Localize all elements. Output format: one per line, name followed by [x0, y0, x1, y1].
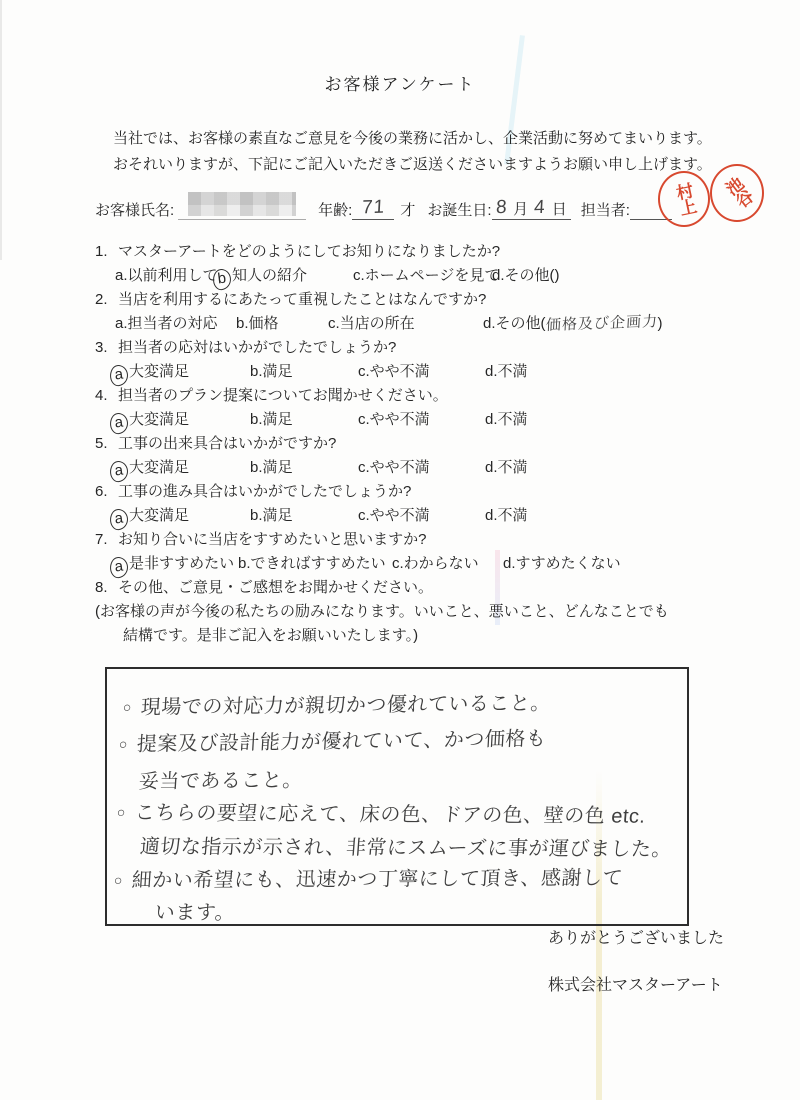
scan-edge-artifact — [0, 0, 2, 260]
comment-line-3: 妥当であること。 — [138, 764, 304, 794]
q8-note-line-1: (お客様の声が今後の私たちの励みになります。いいこと、悪いこと、どんなことでも — [95, 600, 735, 624]
comment-line-1: ○現場での対応力が親切かつ優れていること。 — [122, 687, 552, 721]
question-number: 1. — [95, 240, 118, 264]
comment-bullet: ○ — [118, 736, 128, 752]
question-4: 4.担当者のプラン提案についてお聞かせください。 — [95, 384, 735, 408]
customer-info-row: お客様氏名: 年齢: 71 才 お誕生日: 8 月 4 日 担当者: — [95, 194, 672, 220]
q5-option-c: c.やや不満 — [358, 456, 485, 480]
question-number: 2. — [95, 288, 118, 312]
comment-line-6: ○細かい希望にも、迅速かつ丁寧にして頂き、感謝して — [113, 861, 624, 893]
q3-option-b: b.満足 — [250, 360, 358, 384]
q2-option-a: a.担当者の対応 — [115, 312, 236, 336]
option-label: c.やや不満 — [358, 459, 430, 476]
age-value-handwritten: 71 — [361, 197, 385, 220]
close-paren: ) — [555, 267, 560, 284]
question-7: 7.お知り合いに当店をすすめたいと思いますか? — [95, 528, 735, 552]
birthday-label: お誕生日: — [427, 199, 491, 220]
q6-option-b: b.満足 — [250, 504, 358, 528]
q1-option-d: d.その他() — [492, 264, 693, 288]
question-1-options: a.以前利用してb知人の紹介c.ホームページを見てd.その他() — [95, 264, 693, 288]
option-label: d.その他( — [483, 315, 546, 332]
hanko-text: 村上 — [672, 182, 695, 217]
question-number: 5. — [95, 432, 118, 456]
option-text: 是非すすめたい — [129, 555, 234, 572]
option-label: c.当店の所在 — [328, 315, 415, 332]
question-text: その他、ご意見・ご感想をお聞かせください。 — [118, 579, 433, 596]
option-label: a.以前利用して — [115, 267, 218, 284]
q2-option-c: c.当店の所在 — [328, 312, 483, 336]
day-suffix: 日 — [552, 198, 567, 219]
month-suffix: 月 — [513, 198, 528, 219]
question-6-options: a大変満足b.満足c.やや不満d.不満 — [95, 504, 735, 528]
option-text: 大変満足 — [129, 459, 189, 476]
option-label: b.価格 — [236, 315, 279, 332]
q2-option-b: b.価格 — [236, 312, 328, 336]
comment-bullet: ○ — [116, 804, 126, 820]
birthday-field: 8 月 4 日 — [492, 195, 571, 220]
page-title: お客様アンケート — [0, 70, 800, 95]
option-label: b.満足 — [250, 411, 293, 428]
hanko-stamp-iketani: 池谷 — [710, 164, 764, 222]
option-label: d.不満 — [485, 363, 528, 380]
option-label: d.不満 — [485, 459, 528, 476]
q4-option-d: d.不満 — [485, 408, 528, 432]
age-label: 年齢: — [318, 199, 352, 220]
q6-option-a: a大変満足 — [115, 504, 250, 528]
q4-option-a: a大変満足 — [115, 408, 250, 432]
question-text: 担当者の応対はいかがでしたでしょうか? — [118, 339, 396, 356]
q7-option-d: d.すすめたくない — [503, 552, 621, 576]
option-label: d.不満 — [485, 507, 528, 524]
comment-text: 適切な指示が示され、非常にスムーズに事が運びました。 — [139, 836, 673, 861]
age-field: 71 — [352, 195, 394, 220]
question-2-options: a.担当者の対応b.価格c.当店の所在d.その他(価格及び企画力) — [95, 312, 712, 336]
question-5-options: a大変満足b.満足c.やや不満d.不満 — [95, 456, 735, 480]
comment-text: 提案及び設計能力が優れていて、かつ価格も — [136, 728, 547, 756]
comments-box: ○現場での対応力が親切かつ優れていること。○提案及び設計能力が優れていて、かつ価… — [105, 667, 689, 926]
question-number: 4. — [95, 384, 118, 408]
question-text: 工事の進み具合はいかがでしたでしょうか? — [118, 483, 411, 500]
option-label: d.不満 — [485, 411, 528, 428]
q4-option-c: c.やや不満 — [358, 408, 485, 432]
question-2: 2.当店を利用するにあたって重視したことはなんですか? — [95, 288, 735, 312]
question-number: 7. — [95, 528, 118, 552]
question-text: お知り合いに当店をすすめたいと思いますか? — [118, 531, 427, 548]
intro-paragraph: 当社では、お客様の素直なご意見を今後の業務に活かし、企業活動に努めてまいります。… — [113, 126, 712, 178]
question-3: 3.担当者の応対はいかがでしたでしょうか? — [95, 336, 735, 360]
intro-line-1: 当社では、お客様の素直なご意見を今後の業務に活かし、企業活動に努めてまいります。 — [113, 126, 712, 152]
comment-bullet: ○ — [113, 872, 123, 888]
birth-month-handwritten: 8 — [495, 197, 508, 219]
option-label: c.やや不満 — [358, 411, 430, 428]
option-label: b.できればすすめたい — [238, 555, 386, 572]
q8-note-line-2: 結構です。是非ご記入をお願いいたします。) — [95, 624, 735, 648]
q6-option-c: c.やや不満 — [358, 504, 485, 528]
question-text: 担当者のプラン提案についてお聞かせください。 — [118, 387, 448, 404]
comment-line-4: ○こちらの要望に応えて、床の色、ドアの色、壁の色 etc. — [116, 796, 647, 829]
question-7-options: a是非すすめたいb.できればすすめたいc.わからないd.すすめたくない — [95, 552, 735, 576]
option-text: 知人の紹介 — [232, 267, 307, 284]
q3-option-a: a大変満足 — [115, 360, 250, 384]
q3-option-c: c.やや不満 — [358, 360, 485, 384]
option-text: 大変満足 — [129, 411, 189, 428]
q1-option-b: b知人の紹介 — [218, 264, 353, 288]
question-text: 工事の出来具合はいかがですか? — [118, 435, 336, 452]
option-label: b.満足 — [250, 363, 293, 380]
q7-option-a: a是非すすめたい — [115, 552, 238, 576]
customer-name-redacted — [178, 194, 306, 220]
survey-page: お客様アンケート 当社では、お客様の素直なご意見を今後の業務に活かし、企業活動に… — [0, 0, 800, 1100]
questions: 1.マスターアートをどのようにしてお知りになりましたか?a.以前利用してb知人の… — [95, 240, 735, 648]
q1-option-c: c.ホームページを見て — [353, 264, 492, 288]
option-text: 大変満足 — [129, 363, 189, 380]
q4-option-b: b.満足 — [250, 408, 358, 432]
thanks-text: ありがとうございました — [548, 925, 724, 948]
comment-text: 現場での対応力が親切かつ優れていること。 — [140, 693, 551, 719]
comment-text: います。 — [154, 902, 236, 924]
hanko-text: 池谷 — [720, 175, 753, 211]
question-number: 6. — [95, 480, 118, 504]
question-text: 当店を利用するにあたって重視したことはなんですか? — [118, 291, 486, 308]
question-1: 1.マスターアートをどのようにしてお知りになりましたか? — [95, 240, 735, 264]
intro-line-2: おそれいりますが、下記にご記入いただきご返送くださいますようお願い申し上げます。 — [113, 152, 712, 178]
staff-label: 担当者: — [581, 199, 630, 220]
birth-day-handwritten: 4 — [534, 197, 547, 219]
other-answer-handwritten: 価格及び企画力 — [545, 310, 659, 338]
comment-line-7: います。 — [154, 896, 236, 925]
option-label: c.やや不満 — [358, 363, 430, 380]
q1-option-a: a.以前利用して — [115, 264, 218, 288]
hanko-stamp-murakami: 村上 — [658, 171, 710, 227]
q5-option-d: d.不満 — [485, 456, 528, 480]
question-6: 6.工事の進み具合はいかがでしたでしょうか? — [95, 480, 735, 504]
customer-name-label: お客様氏名: — [95, 199, 174, 220]
option-label: c.やや不満 — [358, 507, 430, 524]
comment-text: 妥当であること。 — [138, 770, 303, 793]
question-3-options: a大変満足b.満足c.やや不満d.不満 — [95, 360, 735, 384]
option-label: b.満足 — [250, 507, 293, 524]
age-suffix: 才 — [400, 199, 415, 220]
q6-option-d: d.不満 — [485, 504, 528, 528]
redaction-mosaic — [188, 192, 296, 216]
question-text: マスターアートをどのようにしてお知りになりましたか? — [118, 243, 500, 260]
q3-option-d: d.不満 — [485, 360, 528, 384]
q5-option-a: a大変満足 — [115, 456, 250, 480]
option-text: 大変満足 — [129, 507, 189, 524]
question-number: 8. — [95, 576, 118, 600]
comment-text: こちらの要望に応えて、床の色、ドアの色、壁の色 etc. — [134, 802, 646, 828]
comment-line-2: ○提案及び設計能力が優れていて、かつ価格も — [118, 722, 547, 757]
option-label: a.担当者の対応 — [115, 315, 218, 332]
q2-option-d: d.その他(価格及び企画力) — [483, 312, 712, 336]
option-label: d.すすめたくない — [503, 555, 621, 572]
question-number: 3. — [95, 336, 118, 360]
option-label: d.その他( — [492, 267, 555, 284]
question-8: 8.その他、ご意見・ご感想をお聞かせください。 — [95, 576, 735, 600]
option-label: c.ホームページを見て — [353, 267, 499, 284]
q5-option-b: b.満足 — [250, 456, 358, 480]
comment-bullet: ○ — [122, 699, 132, 715]
q7-option-c: c.わからない — [392, 552, 503, 576]
question-5: 5.工事の出来具合はいかがですか? — [95, 432, 735, 456]
company-name: 株式会社マスターアート — [548, 972, 723, 995]
q7-option-b: b.できればすすめたい — [238, 552, 392, 576]
option-label: c.わからない — [392, 555, 479, 572]
option-label: b.満足 — [250, 459, 293, 476]
question-4-options: a大変満足b.満足c.やや不満d.不満 — [95, 408, 735, 432]
comment-line-5: 適切な指示が示され、非常にスムーズに事が運びました。 — [139, 830, 673, 862]
comment-text: 細かい希望にも、迅速かつ丁寧にして頂き、感謝して — [131, 867, 624, 892]
